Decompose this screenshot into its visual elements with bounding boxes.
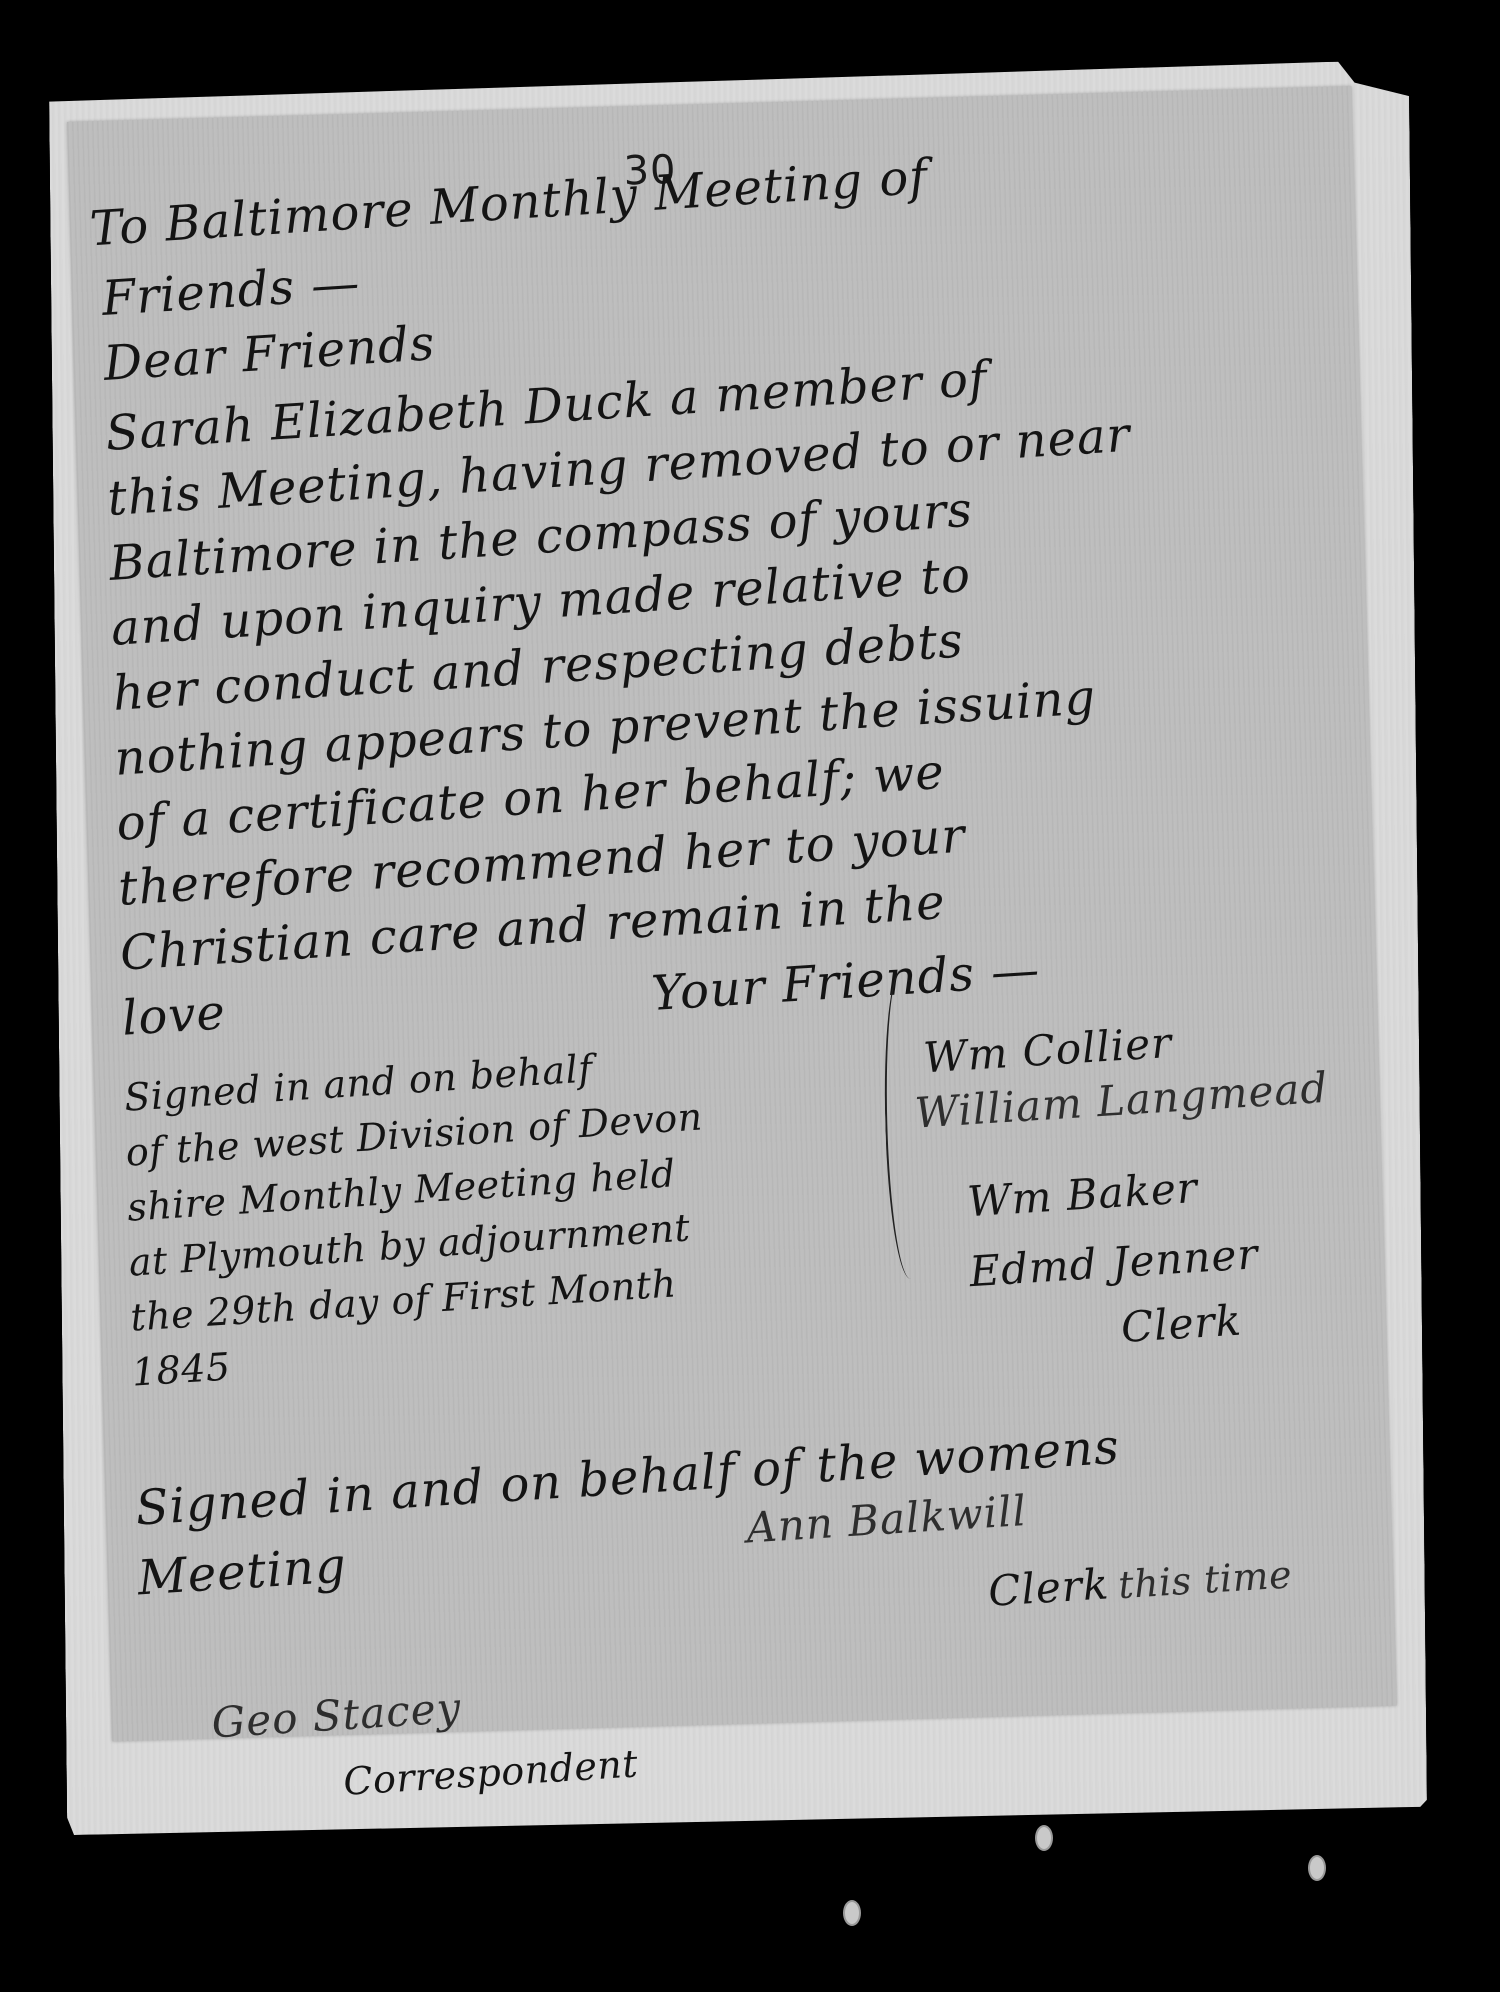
address-line-2: Friends — xyxy=(100,255,362,327)
signatory-ann-balkwill: Ann Balkwill xyxy=(745,1486,1028,1553)
signatory-wm-baker: Wm Baker xyxy=(966,1163,1199,1226)
womens-clerk-label: Clerk xyxy=(987,1559,1111,1615)
womens-clerk-note: this time xyxy=(1117,1552,1293,1607)
clerk-label: Clerk xyxy=(1120,1295,1244,1351)
closing: Your Friends — xyxy=(650,942,1042,1022)
address-line-1: To Baltimore Monthly Meeting of xyxy=(88,149,929,258)
mens-attestation-year: 1845 xyxy=(131,1345,232,1395)
pin-hole xyxy=(1308,1855,1326,1881)
pin-hole xyxy=(843,1900,861,1926)
greeting: Dear Friends xyxy=(102,315,437,392)
pin-hole xyxy=(1035,1825,1053,1851)
signatory-edmd-jenner: Edmd Jenner xyxy=(968,1229,1260,1296)
document-leaf: 30 To Baltimore Monthly Meeting of Frien… xyxy=(67,86,1397,1741)
signatory-wm-collier: Wm Collier xyxy=(922,1018,1174,1083)
womens-attestation-line-2: Meeting xyxy=(136,1538,348,1607)
body-line-10: love xyxy=(120,984,227,1046)
